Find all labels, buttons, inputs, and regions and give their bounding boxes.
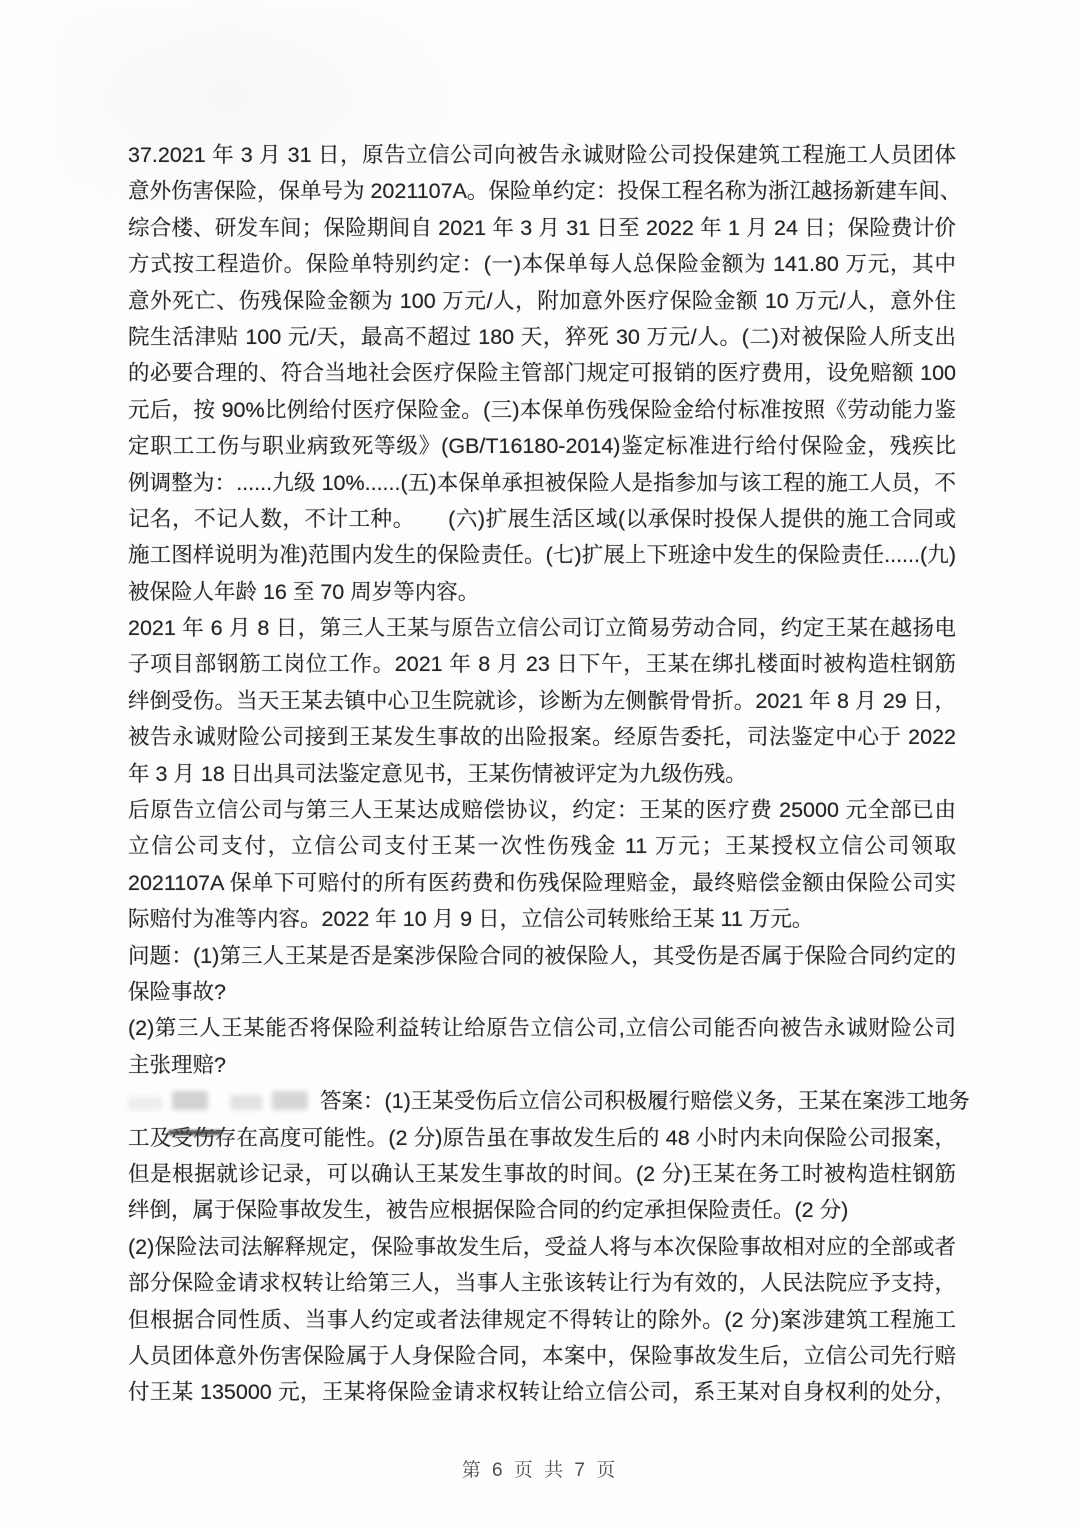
text-line: 绊倒，属于保险事故发生，被告应根据保险合同的约定承担保险责任。(2 分) (128, 1192, 956, 1228)
text-line: (2)保险法司法解释规定，保险事故发生后，受益人将与本次保险事故相对应的全部或者 (128, 1229, 956, 1265)
text-line: 但是根据就诊记录，可以确认王某发生事故的时间。(2 分)王某在务工时被构造柱钢筋 (128, 1156, 956, 1192)
text-line: 院生活津贴 100 元/天，最高不超过 180 天，猝死 30 万元/人。(二)… (128, 319, 956, 355)
text-line: 综合楼、研发车间；保险期间自 2021 年 3 月 31 日至 2022 年 1… (128, 210, 956, 246)
text-line: 际赔付为准等内容。2022 年 10 月 9 日，立信公司转账给王某 11 万元… (128, 901, 956, 937)
text-line: 人员团体意外伤害保险属于人身保险合同，本案中，保险事故发生后，立信公司先行赔 (128, 1338, 956, 1374)
text-line: 年 3 月 18 日出具司法鉴定意见书，王某伤情被评定为九级伤残。 (128, 756, 956, 792)
page-footer: 第 6 页 共 7 页 (0, 1455, 1080, 1482)
question-line: 问题：(1)第三人王某是否是案涉保险合同的被保险人，其受伤是否属于保险合同约定的 (128, 938, 956, 974)
text-line: 施工图样说明为准)范围内发生的保险责任。(七)扩展上下班途中发生的保险责任...… (128, 537, 956, 573)
text-line: 绊倒受伤。当天王某去镇中心卫生院就诊，诊断为左侧髌骨骨折。2021 年 8 月 … (128, 683, 956, 719)
document-body: 37.2021 年 3 月 31 日，原告立信公司向被告永诚财险公司投保建筑工程… (128, 137, 956, 1411)
text-line: 元后，按 90%比例给付医疗保险金。(三)本保单伤残保险金给付标准按照《劳动能力… (128, 392, 956, 428)
text-line: 答案：(1)王某受伤后立信公司积极履行赔偿义务，王某在案涉工地务 (320, 1089, 970, 1113)
text-line: 记名，不记人数，不计工种。 (六)扩展生活区域(以承保时投保人提供的施工合同或 (128, 501, 956, 537)
redaction-blur (272, 1091, 308, 1110)
question-line: 保险事故? (128, 974, 956, 1010)
page-number-label: 第 6 页 共 7 页 (462, 1460, 619, 1481)
question-line: 主张理赔? (128, 1047, 956, 1083)
redaction-blur (128, 1097, 162, 1110)
text-line: 2021107A 保单下可赔付的所有医药费和伤残保险理赔金，最终赔偿金额由保险公… (128, 865, 956, 901)
text-line: 意外死亡、伤残保险金额为 100 万元/人，附加意外医疗保险金额 10 万元/人… (128, 283, 956, 319)
text-line: 部分保险金请求权转让给第三人，当事人主张该转让行为有效的，人民法院应予支持， (128, 1265, 956, 1301)
answer-line-with-redaction: 答案：(1)王某受伤后立信公司积极履行赔偿义务，王某在案涉工地务 (128, 1083, 956, 1119)
text-line: 子项目部钢筋工岗位工作。2021 年 8 月 23 日下午，王某在绑扎楼面时被构… (128, 646, 956, 682)
text-line: 付王某 135000 元，王某将保险金请求权转让给立信公司，系王某对自身权利的处… (128, 1374, 956, 1410)
text-line: 被保险人年龄 16 至 70 周岁等内容。 (128, 574, 956, 610)
text-line: 37.2021 年 3 月 31 日，原告立信公司向被告永诚财险公司投保建筑工程… (128, 137, 956, 173)
paper-background: 37.2021 年 3 月 31 日，原告立信公司向被告永诚财险公司投保建筑工程… (0, 0, 1080, 1527)
scanned-document-page: { "colors": { "paper": "#fdfdfd", "ink":… (0, 0, 1080, 1527)
question-line: (2)第三人王某能否将保险利益转让给原告立信公司,立信公司能否向被告永诚财险公司 (128, 1010, 956, 1046)
redaction-blur (230, 1095, 262, 1110)
text-line: 定职工工伤与职业病致死等级》(GB/T16180-2014)鉴定标准进行给付保险… (128, 428, 956, 464)
text-line: 的必要合理的、符合当地社会医疗保险主管部门规定可报销的医疗费用，设免赔额 100 (128, 355, 956, 391)
text-line: 方式按工程造价。保险单特别约定：(一)本保单每人总保险金额为 141.80 万元… (128, 246, 956, 282)
text-line: 例调整为：......九级 10%......(五)本保单承担被保险人是指参加与… (128, 465, 956, 501)
text-line: 但根据合同性质、当事人约定或者法律规定不得转让的除外。(2 分)案涉建筑工程施工 (128, 1302, 956, 1338)
text-line: 立信公司支付，立信公司支付王某一次性伤残金 11 万元；王某授权立信公司领取 (128, 828, 956, 864)
text-line: 被告永诚财险公司接到王某发生事故的出险报案。经原告委托，司法鉴定中心于 2022 (128, 719, 956, 755)
text-line: 后原告立信公司与第三人王某达成赔偿协议，约定：王某的医疗费 25000 元全部已… (128, 792, 956, 828)
text-line: 工及受伤存在高度可能性。(2 分)原告虽在事故发生后的 48 小时内未向保险公司… (128, 1120, 956, 1156)
redaction-blur (172, 1091, 208, 1110)
text-line: 意外伤害保险，保单号为 2021107A。保险单约定：投保工程名称为浙江越扬新建… (128, 173, 956, 209)
text-line: 2021 年 6 月 8 日，第三人王某与原告立信公司订立简易劳动合同，约定王某… (128, 610, 956, 646)
